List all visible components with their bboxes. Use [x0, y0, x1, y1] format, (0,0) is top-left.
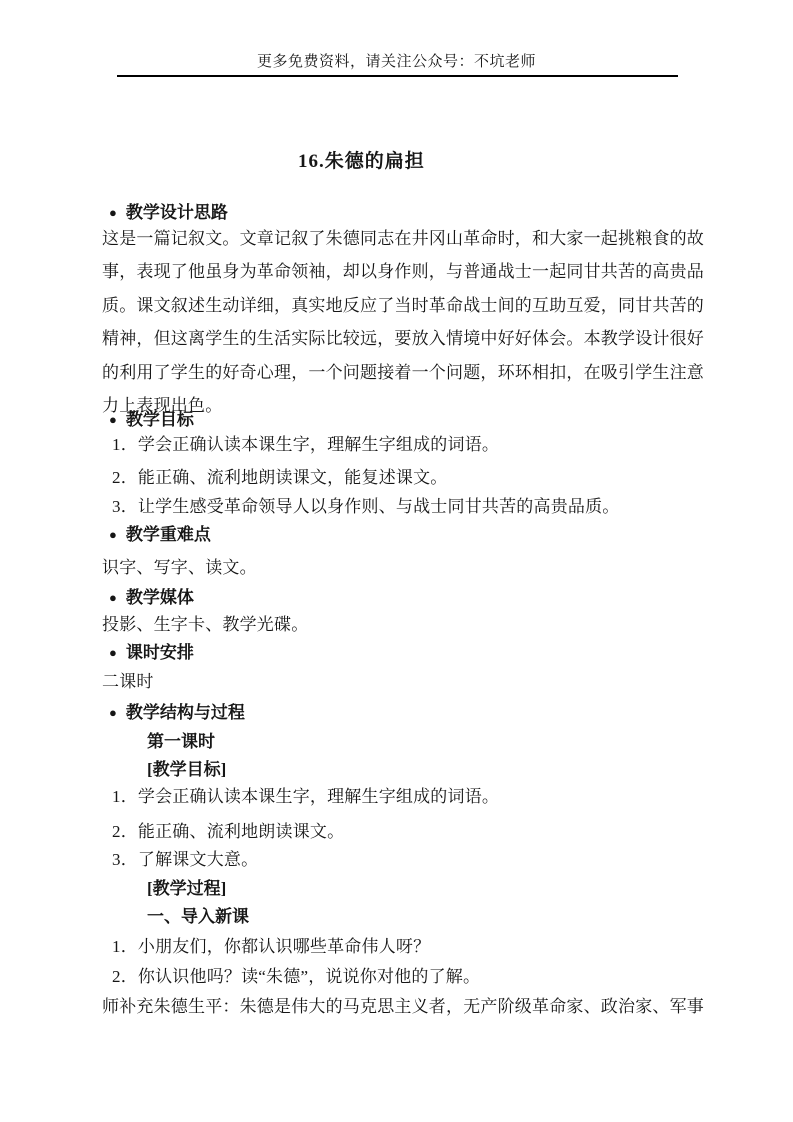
section-content: 二课时 [102, 671, 154, 693]
section-heading-process: ●教学结构与过程 [109, 702, 245, 724]
section-heading-goals: ●教学目标 [109, 409, 194, 431]
paragraph-line: 精神，但这离学生的生活实际比较远，要放入情境中好好体会。本教学设计很好 [102, 322, 704, 355]
section-heading-key-points: ●教学重难点 [109, 524, 211, 546]
bullet-icon: ● [109, 205, 117, 220]
bullet-icon: ● [109, 645, 117, 660]
section-heading-media: ●教学媒体 [109, 587, 194, 609]
list-item: 3．了解课文大意。 [112, 849, 258, 871]
lesson1-title: 第一课时 [147, 731, 215, 753]
bullet-icon: ● [109, 705, 117, 720]
section-label: 教学设计思路 [126, 203, 228, 222]
list-item: 3．让学生感受革命领导人以身作则、与战士同甘共苦的高贵品质。 [112, 496, 620, 518]
section-heading-schedule: ●课时安排 [109, 642, 194, 664]
header-rule-divider [117, 75, 678, 77]
section-label: 教学结构与过程 [126, 703, 245, 722]
lesson1-process-header: [教学过程] [147, 878, 226, 900]
list-item: 2．你认识他吗？读“朱德”，说说你对他的了解。 [112, 966, 480, 988]
bullet-icon: ● [109, 412, 117, 427]
section-content: 投影、生字卡、教学光碟。 [102, 614, 308, 636]
paragraph-line: 这是一篇记叙文。文章记叙了朱德同志在井冈山革命时，和大家一起挑粮食的故 [102, 222, 704, 255]
list-item: 1．学会正确认读本课生字，理解生字组成的词语。 [112, 434, 499, 456]
design-paragraph: 这是一篇记叙文。文章记叙了朱德同志在井冈山革命时，和大家一起挑粮食的故 事，表现… [102, 222, 704, 422]
list-item: 1．学会正确认读本课生字，理解生字组成的词语。 [112, 786, 499, 808]
section-label: 教学重难点 [126, 525, 211, 544]
lesson1-goals-header: [教学目标] [147, 759, 226, 781]
paragraph-line: 事，表现了他虽身为革命领袖，却以身作则，与普通战士一起同甘共苦的高贵品 [102, 255, 704, 288]
section-heading-design: ●教学设计思路 [109, 202, 228, 224]
lesson1-step1-header: 一、导入新课 [147, 906, 249, 928]
paragraph-line: 的利用了学生的好奇心理，一个问题接着一个问题，环环相扣，在吸引学生注意 [102, 356, 704, 389]
header-note: 更多免费资料，请关注公众号：不坑老师 [0, 52, 793, 72]
section-label: 课时安排 [126, 643, 194, 662]
list-item: 2．能正确、流利地朗读课文，能复述课文。 [112, 467, 448, 489]
list-item: 1．小朋友们，你都认识哪些革命伟人呀？ [112, 936, 430, 958]
bullet-icon: ● [109, 590, 117, 605]
section-label: 教学媒体 [126, 588, 194, 607]
section-label: 教学目标 [126, 410, 194, 429]
bullet-icon: ● [109, 527, 117, 542]
paragraph-line: 质。课文叙述生动详细，真实地反应了当时革命战士间的互助互爱，同甘共苦的 [102, 289, 704, 322]
section-content: 识字、写字、读文。 [102, 557, 257, 579]
teacher-note-line: 师补充朱德生平：朱德是伟大的马克思主义者，无产阶级革命家、政治家、军事 [102, 996, 704, 1018]
document-title: 16.朱德的扁担 [298, 150, 425, 174]
document-page: 更多免费资料，请关注公众号：不坑老师 16.朱德的扁担 ●教学设计思路 这是一篇… [0, 0, 793, 1122]
list-item: 2．能正确、流利地朗读课文。 [112, 821, 344, 843]
